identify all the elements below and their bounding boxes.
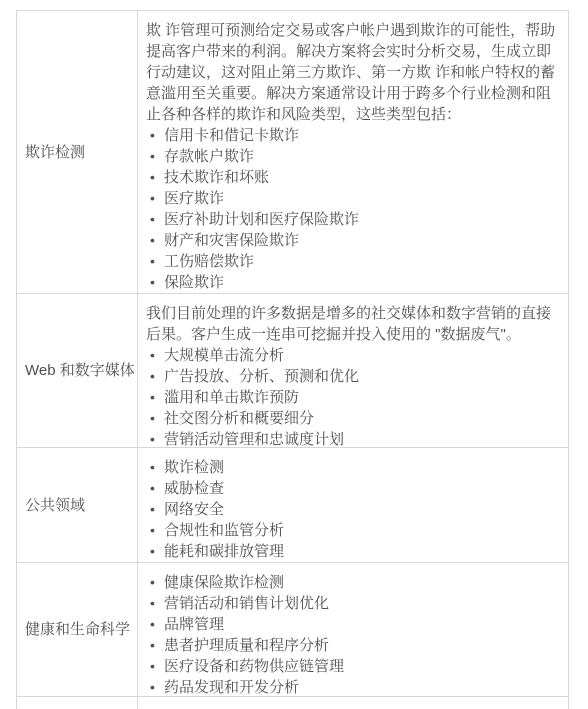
bullet-item: 品牌管理 bbox=[150, 614, 564, 635]
row-label-cell: 健康和生命科学 bbox=[17, 563, 138, 696]
bullet-item: 医疗欺诈 bbox=[150, 188, 564, 209]
bullet-list: 信用卡和借记卡欺诈 存款帐户欺诈 技术欺诈和坏账 医疗欺诈 医疗补助计划和医疗保… bbox=[146, 125, 564, 293]
table-row: 欺诈检测 欺 诈管理可预测给定交易或客户帐户遇到欺诈的可能性，帮助提高客户带来的… bbox=[17, 11, 568, 294]
bullet-item: 欺诈检测 bbox=[150, 457, 564, 478]
row-content-cell: 健康保险欺诈检测 营销活动和销售计划优化 品牌管理 患者护理质量和程序分析 医疗… bbox=[138, 563, 568, 696]
bullet-item: 健康保险欺诈检测 bbox=[150, 572, 564, 593]
bullet-item: 营销活动管理和忠诚度计划 bbox=[150, 429, 564, 448]
category-label: 公共领域 bbox=[25, 495, 85, 516]
bullet-item: 医疗补助计划和医疗保险欺诈 bbox=[150, 209, 564, 230]
bullet-list: 大规模单击流分析 广告投放、分析、预测和优化 滥用和单击欺诈预防 社交图分析和概… bbox=[146, 345, 564, 448]
bullet-item: 合规性和监管分析 bbox=[150, 520, 564, 541]
category-label: 欺诈检测 bbox=[25, 142, 85, 163]
category-label: Web 和数字媒体 bbox=[25, 360, 135, 381]
bullet-item: 财产和灾害保险欺诈 bbox=[150, 230, 564, 251]
row-content-cell: 欺 诈管理可预测给定交易或客户帐户遇到欺诈的可能性，帮助提高客户带来的利润。解决… bbox=[138, 11, 568, 293]
bullet-item: 广告投放、分析、预测和优化 bbox=[150, 366, 564, 387]
bullet-item: 工伤赔偿欺诈 bbox=[150, 251, 564, 272]
bullet-list: 健康保险欺诈检测 营销活动和销售计划优化 品牌管理 患者护理质量和程序分析 医疗… bbox=[146, 572, 564, 697]
table-row-partial bbox=[17, 697, 568, 707]
industry-use-cases-table: 欺诈检测 欺 诈管理可预测给定交易或客户帐户遇到欺诈的可能性，帮助提高客户带来的… bbox=[16, 10, 569, 707]
bullet-item: 网络安全 bbox=[150, 499, 564, 520]
bullet-item: 社交图分析和概要细分 bbox=[150, 408, 564, 429]
row-label-cell: 欺诈检测 bbox=[17, 11, 138, 293]
bullet-item: 能耗和碳排放管理 bbox=[150, 541, 564, 562]
bullet-item: 存款帐户欺诈 bbox=[150, 146, 564, 167]
bullet-item: 医疗设备和药物供应链管理 bbox=[150, 656, 564, 677]
table-row: 健康和生命科学 健康保险欺诈检测 营销活动和销售计划优化 品牌管理 患者护理质量… bbox=[17, 563, 568, 697]
bullet-item: 营销活动和销售计划优化 bbox=[150, 593, 564, 614]
bullet-list: 欺诈检测 威胁检查 网络安全 合规性和监管分析 能耗和碳排放管理 bbox=[146, 457, 564, 562]
row-label-cell: Web 和数字媒体 bbox=[17, 294, 138, 447]
bullet-item: 患者护理质量和程序分析 bbox=[150, 635, 564, 656]
bullet-item: 保险欺诈 bbox=[150, 272, 564, 293]
row-label-cell: 公共领域 bbox=[17, 448, 138, 562]
row-content-cell bbox=[138, 697, 568, 707]
bullet-item: 技术欺诈和坏账 bbox=[150, 167, 564, 188]
table-row: 公共领域 欺诈检测 威胁检查 网络安全 合规性和监管分析 能耗和碳排放管理 bbox=[17, 448, 568, 563]
bullet-item: 滥用和单击欺诈预防 bbox=[150, 387, 564, 408]
bullet-item: 信用卡和借记卡欺诈 bbox=[150, 125, 564, 146]
table-row: Web 和数字媒体 我们目前处理的许多数据是增多的社交媒体和数字营销的直接后果。… bbox=[17, 294, 568, 448]
row-label-cell bbox=[17, 697, 138, 707]
category-label: 健康和生命科学 bbox=[25, 619, 130, 640]
row-description: 我们目前处理的许多数据是增多的社交媒体和数字营销的直接后果。客户生成一连串可挖掘… bbox=[146, 303, 564, 345]
bullet-item: 药品发现和开发分析 bbox=[150, 677, 564, 697]
bullet-item: 威胁检查 bbox=[150, 478, 564, 499]
row-description: 欺 诈管理可预测给定交易或客户帐户遇到欺诈的可能性，帮助提高客户带来的利润。解决… bbox=[146, 20, 564, 125]
row-content-cell: 欺诈检测 威胁检查 网络安全 合规性和监管分析 能耗和碳排放管理 bbox=[138, 448, 568, 562]
row-content-cell: 我们目前处理的许多数据是增多的社交媒体和数字营销的直接后果。客户生成一连串可挖掘… bbox=[138, 294, 568, 447]
bullet-item: 大规模单击流分析 bbox=[150, 345, 564, 366]
